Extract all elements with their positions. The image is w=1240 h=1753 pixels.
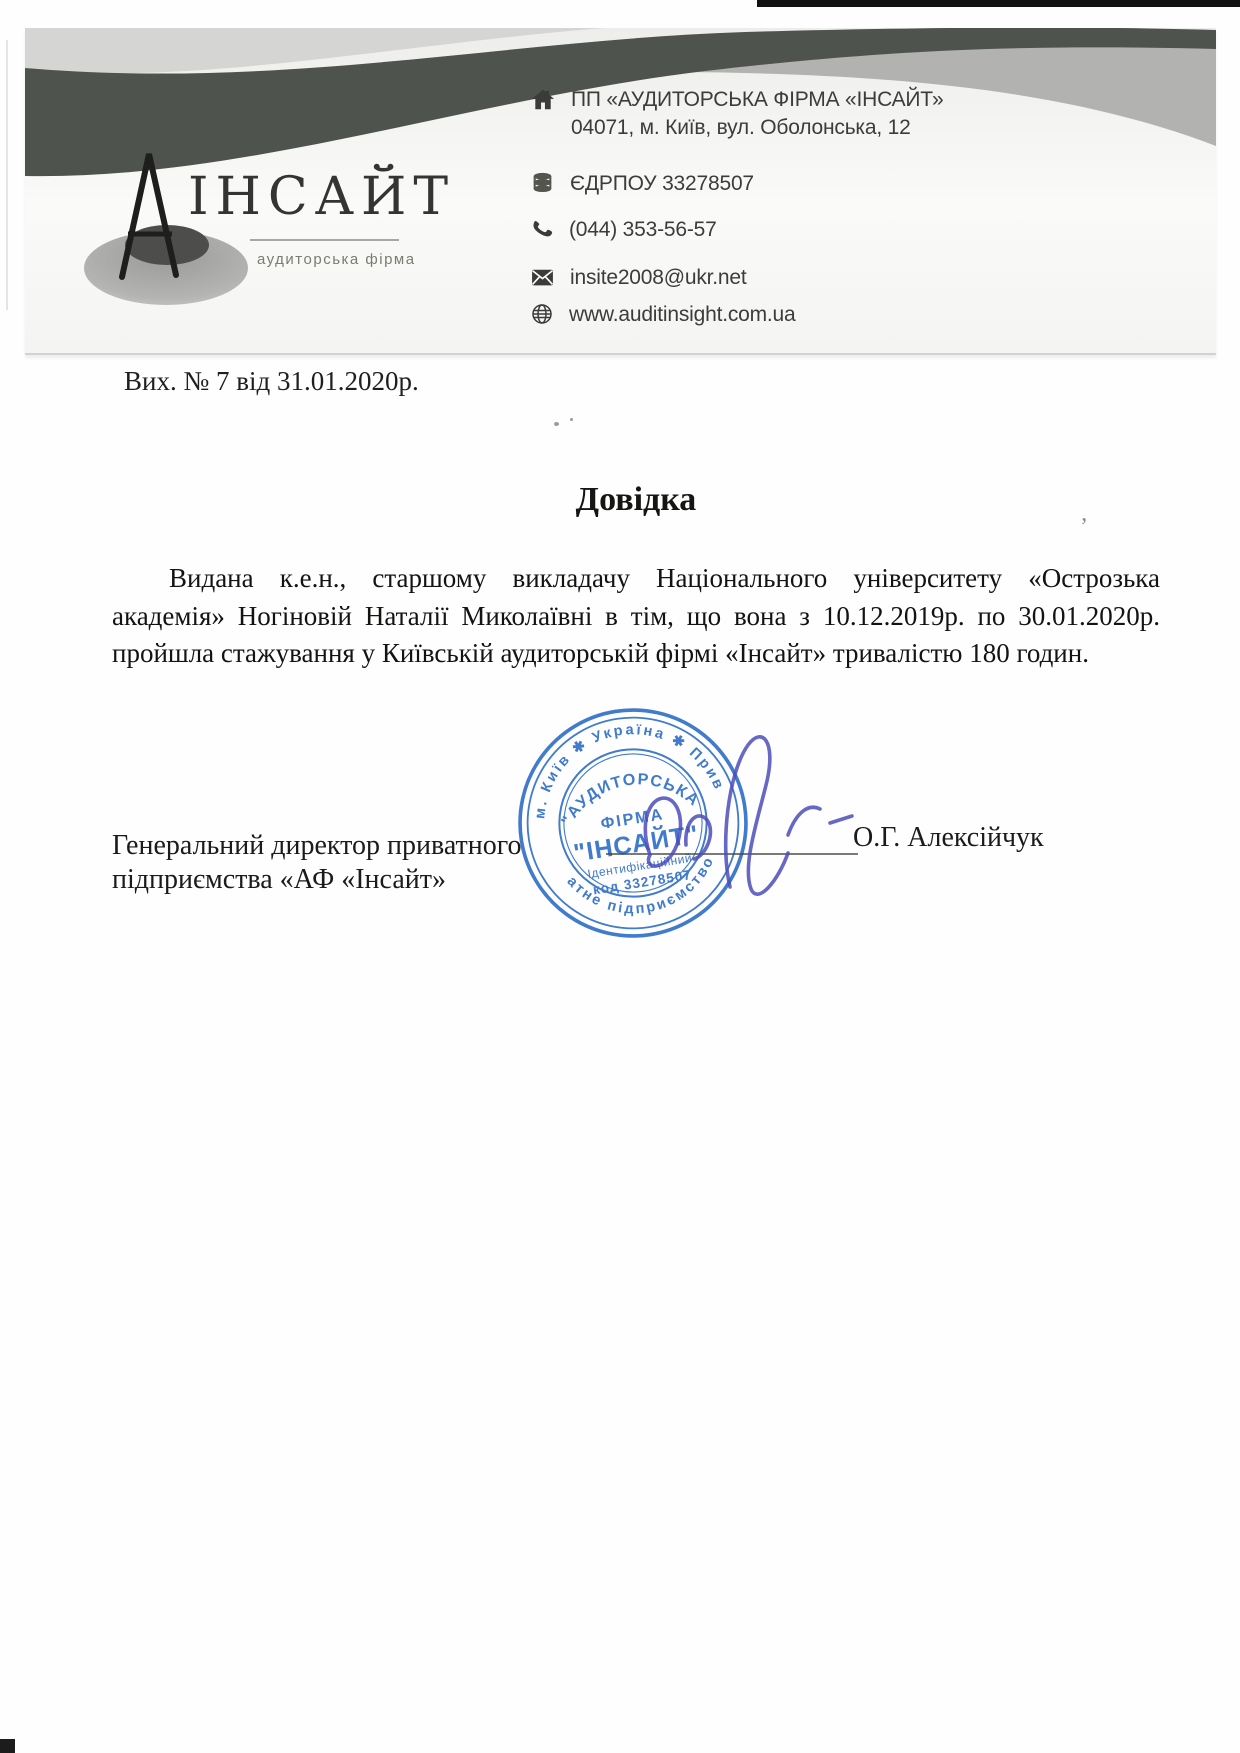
contact-address: 04071, м. Київ, вул. Оболонська, 12	[571, 114, 943, 142]
envelope-icon	[530, 265, 555, 290]
body-line: академія» Ногіновій Наталії Миколаївні в…	[112, 598, 1160, 636]
body-line: пройшла стажування у Київській аудиторсь…	[112, 635, 1160, 673]
contact-email: insite2008@ukr.net	[570, 264, 747, 292]
body-line: Видана к.е.н., старшому викладачу Націон…	[112, 560, 1160, 598]
contact-phone: (044) 353-56-57	[569, 216, 717, 244]
scan-edge-bar	[757, 0, 1240, 7]
scan-dot	[570, 418, 573, 421]
scan-dot	[554, 422, 559, 426]
contact-row-phone: (044) 353-56-57	[530, 216, 717, 244]
logo-wordmark: ІНСАЙТ	[188, 163, 455, 227]
signer-position-line2: підприємства «АФ «Інсайт»	[112, 864, 446, 896]
logo-tagline: аудиторська фірма	[257, 251, 416, 268]
document-title: Довідка	[112, 481, 1160, 519]
contact-edrpou: ЄДРПОУ 33278507	[570, 170, 754, 198]
handwritten-signature	[590, 693, 882, 921]
letterhead-banner: ІНСАЙТ аудиторська фірма ПП «АУДИТОРСЬКА…	[25, 28, 1216, 355]
contact-row-email: insite2008@ukr.net	[530, 264, 747, 292]
signature-ink	[590, 693, 882, 921]
document-body: Видана к.е.н., старшому викладачу Націон…	[112, 560, 1160, 673]
home-icon	[530, 87, 556, 113]
contact-row-address: ПП «АУДИТОРСЬКА ФІРМА «ІНСАЙТ» 04071, м.…	[530, 86, 943, 142]
phone-icon	[530, 217, 554, 241]
contact-company: ПП «АУДИТОРСЬКА ФІРМА «ІНСАЙТ»	[571, 86, 943, 114]
signer-name: О.Г. Алексійчук	[853, 822, 1044, 854]
contact-block: ПП «АУДИТОРСЬКА ФІРМА «ІНСАЙТ» 04071, м.…	[530, 28, 1050, 353]
scanned-document-page: ’	[0, 0, 1240, 1753]
contact-website: www.auditinsight.com.ua	[569, 301, 796, 329]
globe-icon	[530, 302, 554, 326]
signer-position-line1: Генеральний директор приватного	[112, 830, 522, 862]
contact-row-edrpou: ЄДРПОУ 33278507	[530, 170, 754, 198]
scan-corner-mark	[0, 1739, 15, 1753]
contact-row-website: www.auditinsight.com.ua	[530, 301, 796, 329]
coins-icon	[530, 171, 555, 196]
outgoing-ref-line: Вих. № 7 від 31.01.2020р.	[124, 366, 419, 397]
scan-left-edge-line	[6, 40, 8, 310]
